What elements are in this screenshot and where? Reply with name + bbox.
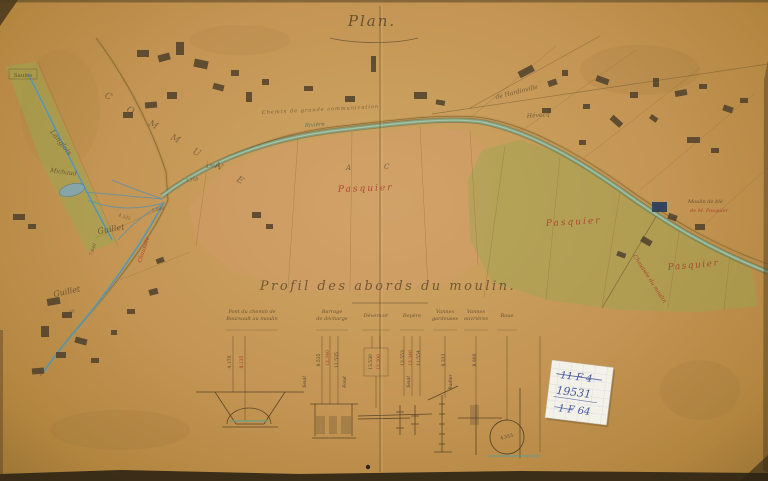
building [711, 148, 719, 153]
building [630, 92, 638, 98]
building [41, 326, 49, 337]
building [212, 83, 224, 92]
building [649, 114, 658, 123]
building [304, 86, 313, 91]
section-word: Fond [342, 376, 348, 388]
building [127, 309, 135, 314]
building [246, 92, 252, 102]
label-letter-a: A [345, 164, 351, 172]
bridge-section-sketch [196, 392, 304, 427]
building [722, 104, 733, 113]
building [579, 140, 586, 145]
measurement: 11.535 [334, 352, 340, 368]
col-header: Déversoir [363, 312, 389, 319]
col-header: Roue [500, 313, 514, 319]
building [562, 70, 568, 76]
building [252, 212, 261, 218]
gauge-sketch [428, 386, 458, 452]
measurement: 4.170 [227, 355, 233, 368]
building [148, 288, 158, 296]
building [176, 42, 184, 55]
parcel-number: 4.325 [117, 212, 131, 222]
section-word: Seuil [406, 376, 412, 388]
measurement: 12.200 [376, 354, 382, 370]
building [157, 53, 170, 63]
measurement: 8.135 [239, 355, 245, 368]
section-word: Seuil [302, 376, 308, 388]
profile-column-headers: Pont du chemin de Boursault au moulin Ba… [225, 309, 517, 330]
measurement: 12.340 [408, 350, 414, 366]
commune-letter-m1: M [146, 118, 160, 132]
col-header: Boursault au moulin [225, 316, 277, 322]
col-header: ouvrières [464, 315, 488, 322]
measurement: 12.553 [400, 350, 406, 366]
profile-title: Profil des abords du moulin. [259, 279, 516, 294]
paper-hole [366, 465, 370, 469]
sluice-sketch [310, 404, 432, 438]
building [436, 99, 446, 105]
wheel-sketch [488, 388, 540, 458]
building [111, 330, 117, 335]
label-guillet-2: Guillet [53, 284, 82, 299]
measurement: 9.535 [316, 353, 322, 366]
building [13, 214, 25, 220]
building [371, 56, 376, 72]
building [91, 358, 99, 363]
commune-letter-u: U [191, 147, 203, 160]
building [695, 224, 705, 230]
building [74, 337, 87, 346]
building [345, 96, 355, 102]
label-letter-c: C [384, 163, 390, 171]
col-header: Barrage [321, 309, 343, 315]
building [610, 115, 624, 128]
building [583, 104, 590, 109]
measurement: 9.333 [441, 353, 447, 366]
building [699, 84, 707, 89]
col-header: de décharge [316, 315, 348, 322]
gate-glyphs [396, 405, 419, 435]
center-pink-parcel [188, 128, 492, 292]
mill-building [652, 202, 667, 212]
label-moulin-red: de M. Pasquier [690, 208, 729, 214]
col-header: Vannes [467, 309, 486, 315]
building [414, 92, 427, 99]
profile-leader-lines [233, 336, 540, 452]
commune-letter-c: C [103, 91, 114, 103]
building [145, 101, 157, 108]
title-block: Plan. [330, 12, 418, 43]
measurement: 13.530 [368, 354, 374, 370]
measurement: 4.553 [500, 432, 514, 441]
building [653, 78, 659, 87]
profile-measurements: 4.170 8.135 9.535 12.340 11.535 13.530 1… [227, 350, 514, 442]
plan-map-canvas: Plan. Saules Langlois Michaud Guillet Gu… [0, 0, 768, 481]
col-header: Repère [402, 312, 421, 319]
vanne-sketch [458, 404, 502, 455]
label-moulin-black: Moulin de blé [687, 198, 723, 205]
label-saules: Saules [14, 73, 33, 79]
measurement: 12.340 [325, 350, 331, 366]
label-hardinville: de Hardinville [495, 84, 539, 101]
building [547, 78, 558, 87]
building [32, 367, 44, 374]
building [167, 92, 177, 99]
page-title: Plan. [347, 12, 396, 30]
label-chemin: Chemin de grande communication [262, 104, 380, 116]
building [518, 65, 535, 79]
archive-label: 11 F 4 19531 1 F 64 [545, 360, 616, 427]
col-header: Vannes [436, 309, 455, 315]
building [675, 89, 688, 97]
col-header: Pont du chemin de [227, 309, 275, 315]
building [231, 70, 239, 76]
building [262, 79, 269, 85]
commune-letter-m2: M [168, 132, 182, 146]
building [266, 224, 273, 229]
label-pasquier-center: Pasquier [337, 183, 394, 195]
scanned-plan-document: Plan. Saules Langlois Michaud Guillet Gu… [0, 0, 768, 481]
building [156, 257, 165, 264]
profile-section: Profil des abords du moulin. Pont du che… [196, 279, 540, 458]
measurement: 8.900 [472, 353, 478, 366]
building [740, 98, 748, 103]
label-hevecq: Hévecq [526, 111, 551, 120]
title-flourish [330, 38, 418, 43]
building [687, 137, 700, 143]
measurement: 11.554 [416, 350, 422, 366]
building [193, 59, 208, 70]
building [56, 352, 66, 358]
building [28, 224, 36, 229]
col-header: gardeuses [432, 316, 458, 322]
building [137, 50, 149, 57]
parcel-number: 2.850 [206, 163, 219, 170]
